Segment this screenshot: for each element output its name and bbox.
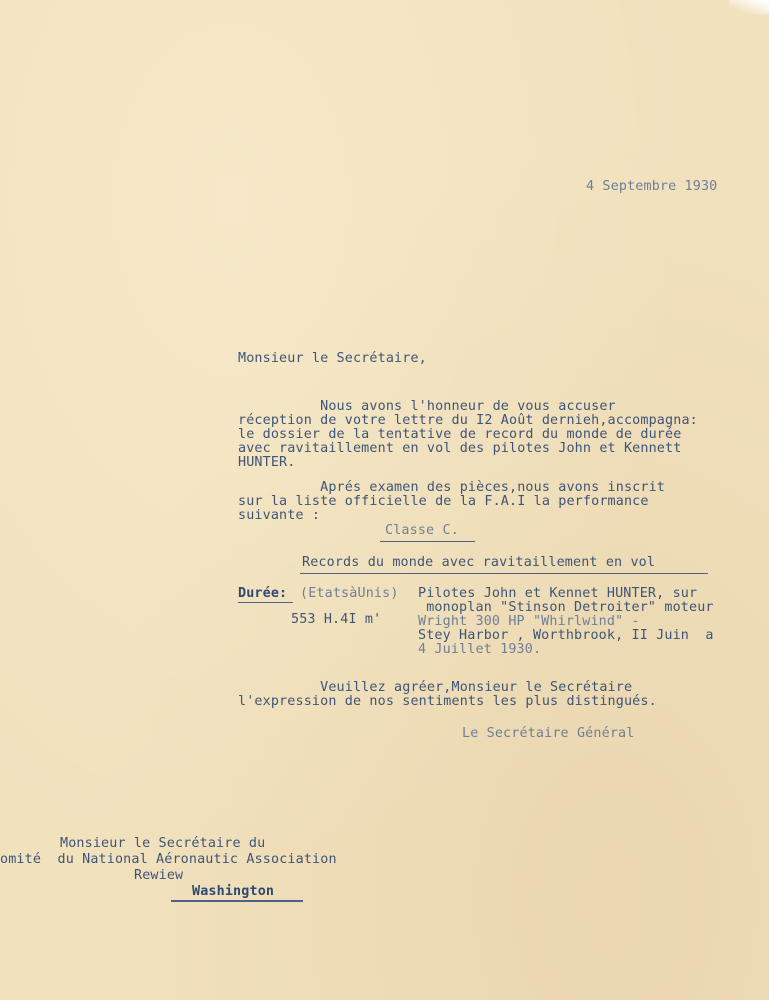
paragraph-line: Aprés examen des pièces,nous avons inscr…: [238, 481, 665, 495]
paragraph-line: suivante :: [238, 509, 320, 523]
letter-page: 4 Septembre 1930 Monsieur le Secrétaire,…: [0, 0, 769, 1000]
record-detail-line: monoplan "Stinson Detroiter" moteur: [418, 601, 714, 615]
closing-line: Veuillez agréer,Monsieur le Secrétaire: [238, 681, 632, 695]
record-detail-line: 4 Juillet 1930.: [418, 643, 541, 657]
class-heading: Classe C.: [385, 524, 459, 538]
record-country: (EtatsàUnis): [300, 587, 399, 601]
paragraph-line: le dossier de la tentative de record du …: [238, 428, 681, 442]
paragraph-line: avec ravitaillement en vol des pilotes J…: [238, 442, 681, 456]
recipient-line: omité du National Aéronautic Association: [0, 853, 337, 867]
paragraph-line: Nous avons l'honneur de vous accuser: [238, 400, 616, 414]
paragraph-line: HUNTER.: [238, 456, 295, 470]
records-heading-underline: [300, 573, 708, 574]
records-heading: Records du monde avec ravitaillement en …: [302, 556, 655, 570]
recipient-city: Washington: [192, 885, 274, 899]
recipient-line: Monsieur le Secrétaire du: [60, 837, 265, 851]
record-duration: 553 H.4I m': [291, 613, 381, 627]
closing-line: l'expression de nos sentiments les plus …: [238, 695, 657, 709]
record-label-underline: [238, 602, 293, 603]
paper-glare: [729, 0, 769, 14]
recipient-line: Rewiew: [134, 869, 183, 883]
record-detail-line: Wright 300 HP "Whirlwind" -: [418, 615, 640, 629]
signature-title: Le Secrétaire Général: [462, 727, 634, 741]
class-heading-underline: [380, 541, 475, 542]
record-detail-line: Stey Harbor , Worthbrook, II Juin a: [418, 629, 714, 643]
record-label: Durée:: [238, 587, 287, 601]
salutation: Monsieur le Secrétaire,: [238, 352, 427, 366]
paragraph-line: sur la liste officielle de la F.A.I la p…: [238, 495, 649, 509]
record-detail-line: Pilotes John et Kennet HUNTER, sur: [418, 587, 697, 601]
paragraph-line: réception de votre lettre du I2 Août der…: [238, 414, 698, 428]
recipient-city-underline: [171, 900, 303, 902]
letter-date: 4 Septembre 1930: [586, 180, 717, 194]
